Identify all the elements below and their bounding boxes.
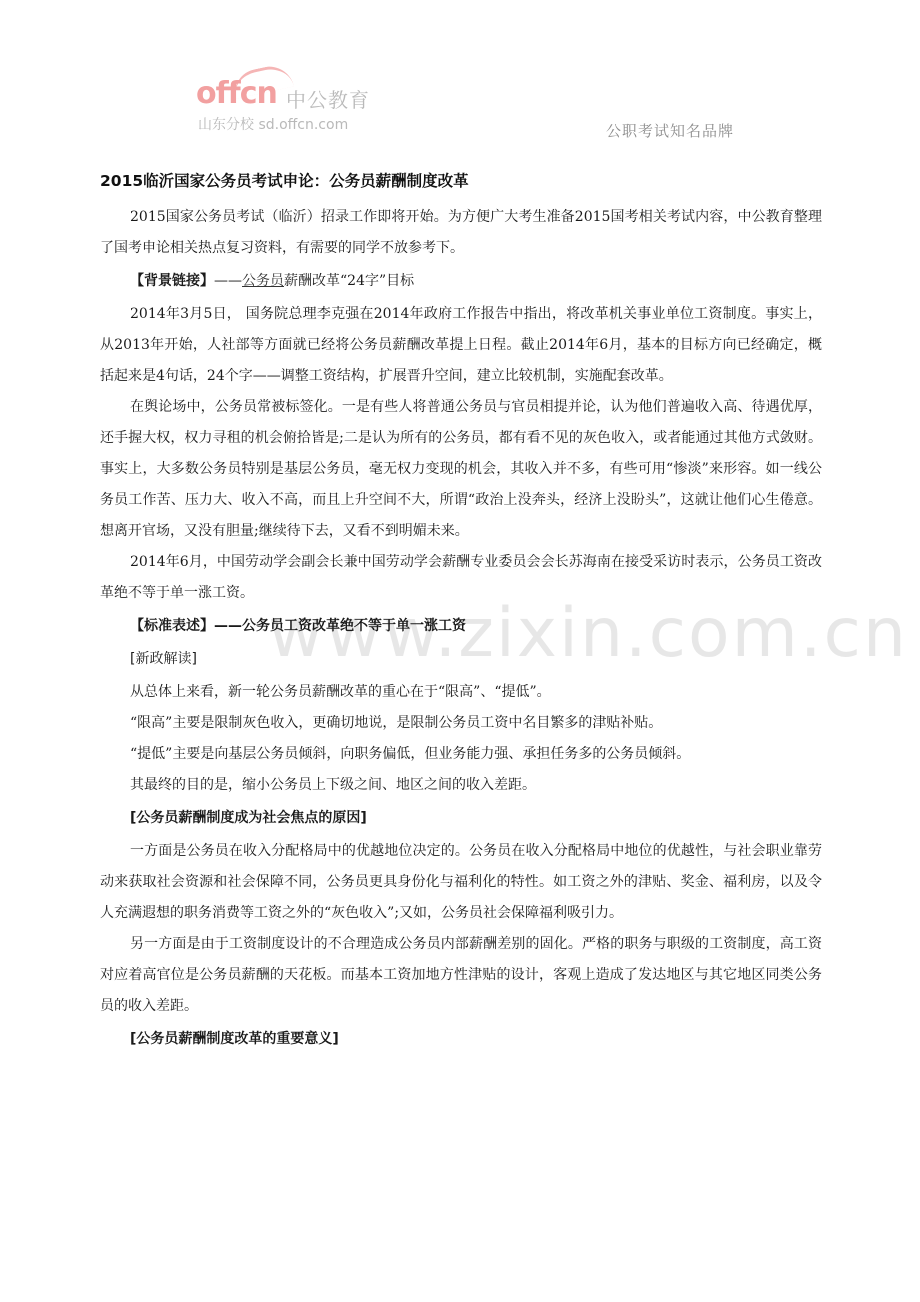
background-paragraph: 2014年3月5日， 国务院总理李克强在2014年政府工作报告中指出，将改革机关… (100, 299, 822, 392)
policy-heading: [新政解读] (100, 644, 822, 675)
page-header: offcn 中公教育 山东分校 sd.offcn.com 公职考试知名品牌 (0, 0, 920, 160)
policy-paragraph: 其最终的目的是，缩小公务员上下级之间、地区之间的收入差距。 (100, 770, 822, 801)
policy-paragraph: “限高”主要是限制灰色收入，更确切地说，是限制公务员工资中名目繁多的津贴补贴。 (100, 708, 822, 739)
logo-wordmark: offcn (196, 76, 277, 111)
logo-subtitle: 山东分校 sd.offcn.com (198, 114, 348, 134)
background-heading-rest: 薪酬改革“24字”目标 (284, 273, 414, 289)
standard-heading: 【标准表述】——公务员工资改革绝不等于单一涨工资 (100, 611, 822, 642)
reason-heading: [公务员薪酬制度成为社会焦点的原因] (100, 803, 822, 834)
background-heading: 【背景链接】——公务员薪酬改革“24字”目标 (100, 266, 822, 297)
offcn-logo: offcn 中公教育 山东分校 sd.offcn.com (196, 68, 376, 138)
civil-servant-link[interactable]: 公务员 (242, 273, 284, 289)
reason-paragraph: 一方面是公务员在收入分配格局中的优越地位决定的。公务员在收入分配格局中地位的优越… (100, 836, 822, 929)
logo-chinese-name: 中公教育 (286, 84, 370, 113)
background-paragraph: 2014年6月，中国劳动学会副会长兼中国劳动学会薪酬专业委员会会长苏海南在接受采… (100, 547, 822, 609)
document-title: 2015临沂国家公务员考试申论：公务员薪酬制度改革 (100, 168, 822, 194)
document-body: 2015临沂国家公务员考试申论：公务员薪酬制度改革 2015国家公务员考试（临沂… (100, 168, 822, 1057)
intro-paragraph: 2015国家公务员考试（临沂）招录工作即将开始。为方便广大考生准备2015国考相… (100, 202, 822, 264)
significance-heading: [公务员薪酬制度改革的重要意义] (100, 1024, 822, 1055)
background-paragraph: 在舆论场中，公务员常被标签化。一是有些人将普通公务员与官员相提并论，认为他们普遍… (100, 392, 822, 547)
reason-paragraph: 另一方面是由于工资制度设计的不合理造成公务员内部薪酬差别的固化。严格的职务与职级… (100, 929, 822, 1022)
background-bracket: 【背景链接】 (130, 273, 214, 289)
brand-slogan: 公职考试知名品牌 (606, 120, 734, 141)
policy-paragraph: 从总体上来看，新一轮公务员薪酬改革的重心在于“限高”、“提低”。 (100, 677, 822, 708)
policy-paragraph: “提低”主要是向基层公务员倾斜，向职务偏低，但业务能力强、承担任务多的公务员倾斜… (100, 739, 822, 770)
background-dash: —— (214, 273, 242, 289)
